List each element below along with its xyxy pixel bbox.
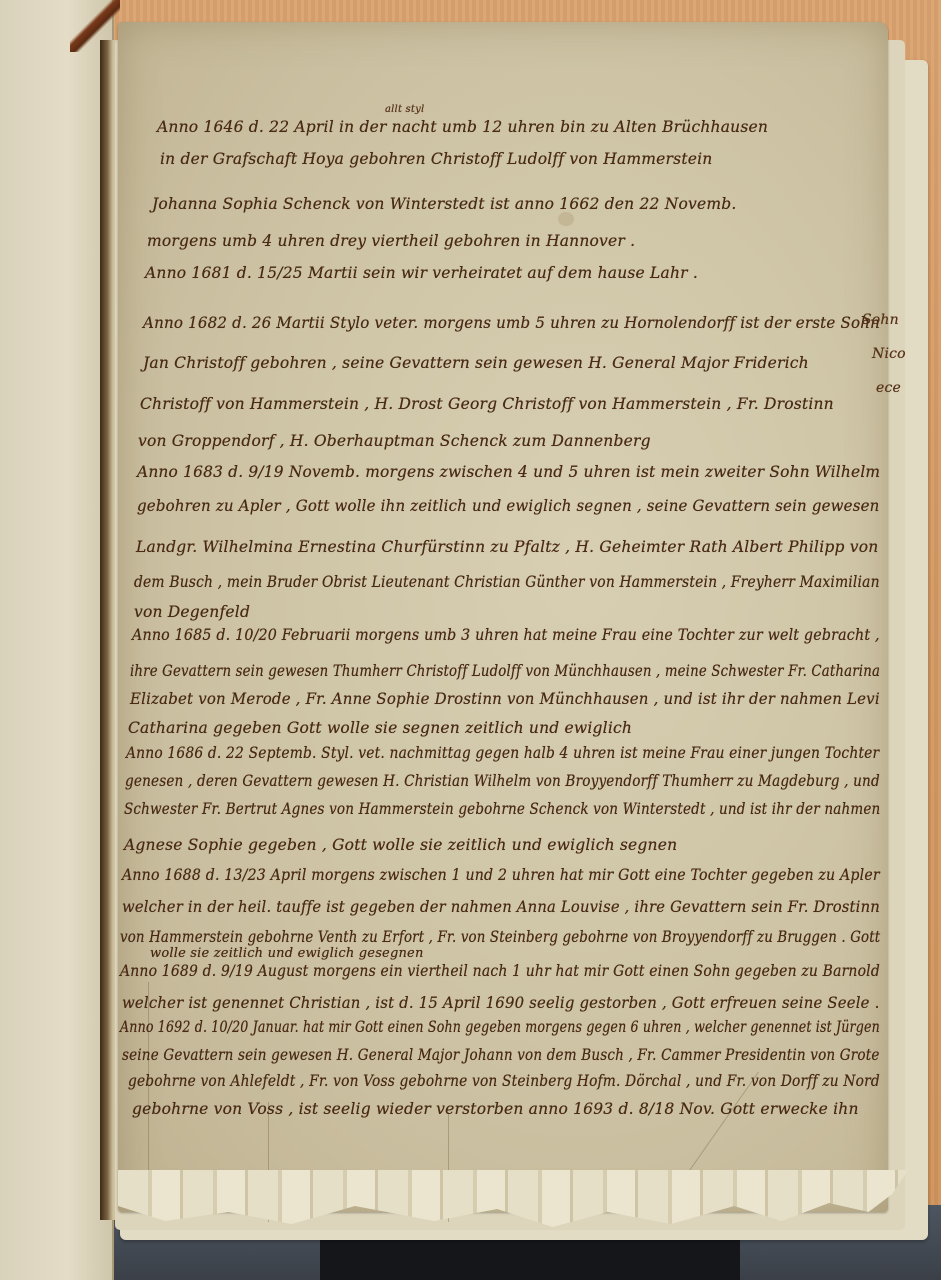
manuscript-line: morgens umb 4 uhren drey viertheil geboh… bbox=[147, 232, 635, 250]
manuscript-line: dem Busch , mein Bruder Obrist Lieutenan… bbox=[134, 573, 880, 591]
manuscript-line: von Degenfeld bbox=[134, 603, 250, 621]
manuscript-line: Anno 1692 d. 10/20 Januar. hat mir Gott … bbox=[120, 1018, 880, 1036]
manuscript-line: von Groppendorf , H. Oberhauptman Schenc… bbox=[138, 432, 651, 450]
manuscript-line: welcher in der heil. tauffe ist gegeben … bbox=[122, 898, 880, 916]
margin-note: Sohn bbox=[862, 312, 899, 328]
manuscript-line: Anno 1686 d. 22 Septemb. Styl. vet. nach… bbox=[126, 744, 879, 762]
manuscript-line: gebohren zu Apler , Gott wolle ihn zeitl… bbox=[137, 497, 880, 515]
manuscript-line: Anno 1688 d. 13/23 April morgens zwische… bbox=[122, 866, 880, 884]
manuscript-line: von Hammerstein gebohrne Venth zu Erfort… bbox=[120, 928, 880, 946]
manuscript-line: Agnese Sophie gegeben , Gott wolle sie z… bbox=[124, 836, 677, 854]
manuscript-line: genesen , deren Gevattern gewesen H. Chr… bbox=[125, 772, 880, 790]
margin-note: ece bbox=[876, 380, 901, 396]
manuscript-line: Landgr. Wilhelmina Ernestina Churfürstin… bbox=[136, 538, 878, 556]
manuscript-line: Anno 1682 d. 26 Martii Stylo veter. morg… bbox=[143, 314, 880, 332]
manuscript-line: Anno 1681 d. 15/25 Martii sein wir verhe… bbox=[145, 264, 698, 282]
manuscript-line: Anno 1689 d. 9/19 August morgens ein vie… bbox=[120, 962, 880, 980]
manuscript-line: Jan Christoff gebohren , seine Gevattern… bbox=[143, 354, 809, 372]
manuscript-line: gebohrne von Voss , ist seelig wieder ve… bbox=[132, 1100, 859, 1118]
manuscript-line: ihre Gevattern sein gewesen Thumherr Chr… bbox=[130, 662, 880, 680]
handwritten-text-block: allt styl Anno 1646 d. 22 April in der n… bbox=[0, 0, 941, 1280]
manuscript-line: welcher ist genennet Christian , ist d. … bbox=[122, 994, 880, 1012]
manuscript-line: Christoff von Hammerstein , H. Drost Geo… bbox=[140, 395, 834, 413]
manuscript-line: wolle sie zeitlich und ewiglich gesegnen bbox=[150, 946, 424, 961]
manuscript-line: Elizabet von Merode , Fr. Anne Sophie Dr… bbox=[130, 690, 880, 708]
manuscript-line: in der Grafschaft Hoya gebohren Christof… bbox=[160, 150, 712, 168]
manuscript-line: Catharina gegeben Gott wolle sie segnen … bbox=[128, 719, 632, 737]
manuscript-line: gebohrne von Ahlefeldt , Fr. von Voss ge… bbox=[128, 1072, 880, 1090]
manuscript-line: Anno 1683 d. 9/19 Novemb. morgens zwisch… bbox=[137, 463, 880, 481]
manuscript-line: seine Gevattern sein gewesen H. General … bbox=[122, 1046, 880, 1064]
manuscript-line: Johanna Sophia Schenck von Winterstedt i… bbox=[152, 195, 737, 213]
margin-note: Nico bbox=[872, 346, 906, 362]
manuscript-line: Anno 1646 d. 22 April in der nacht umb 1… bbox=[157, 118, 768, 136]
manuscript-line: Schwester Fr. Bertrut Agnes von Hammerst… bbox=[124, 800, 880, 818]
manuscript-line: Anno 1685 d. 10/20 Februarii morgens umb… bbox=[132, 626, 880, 644]
superscript-note: allt styl bbox=[385, 104, 424, 115]
